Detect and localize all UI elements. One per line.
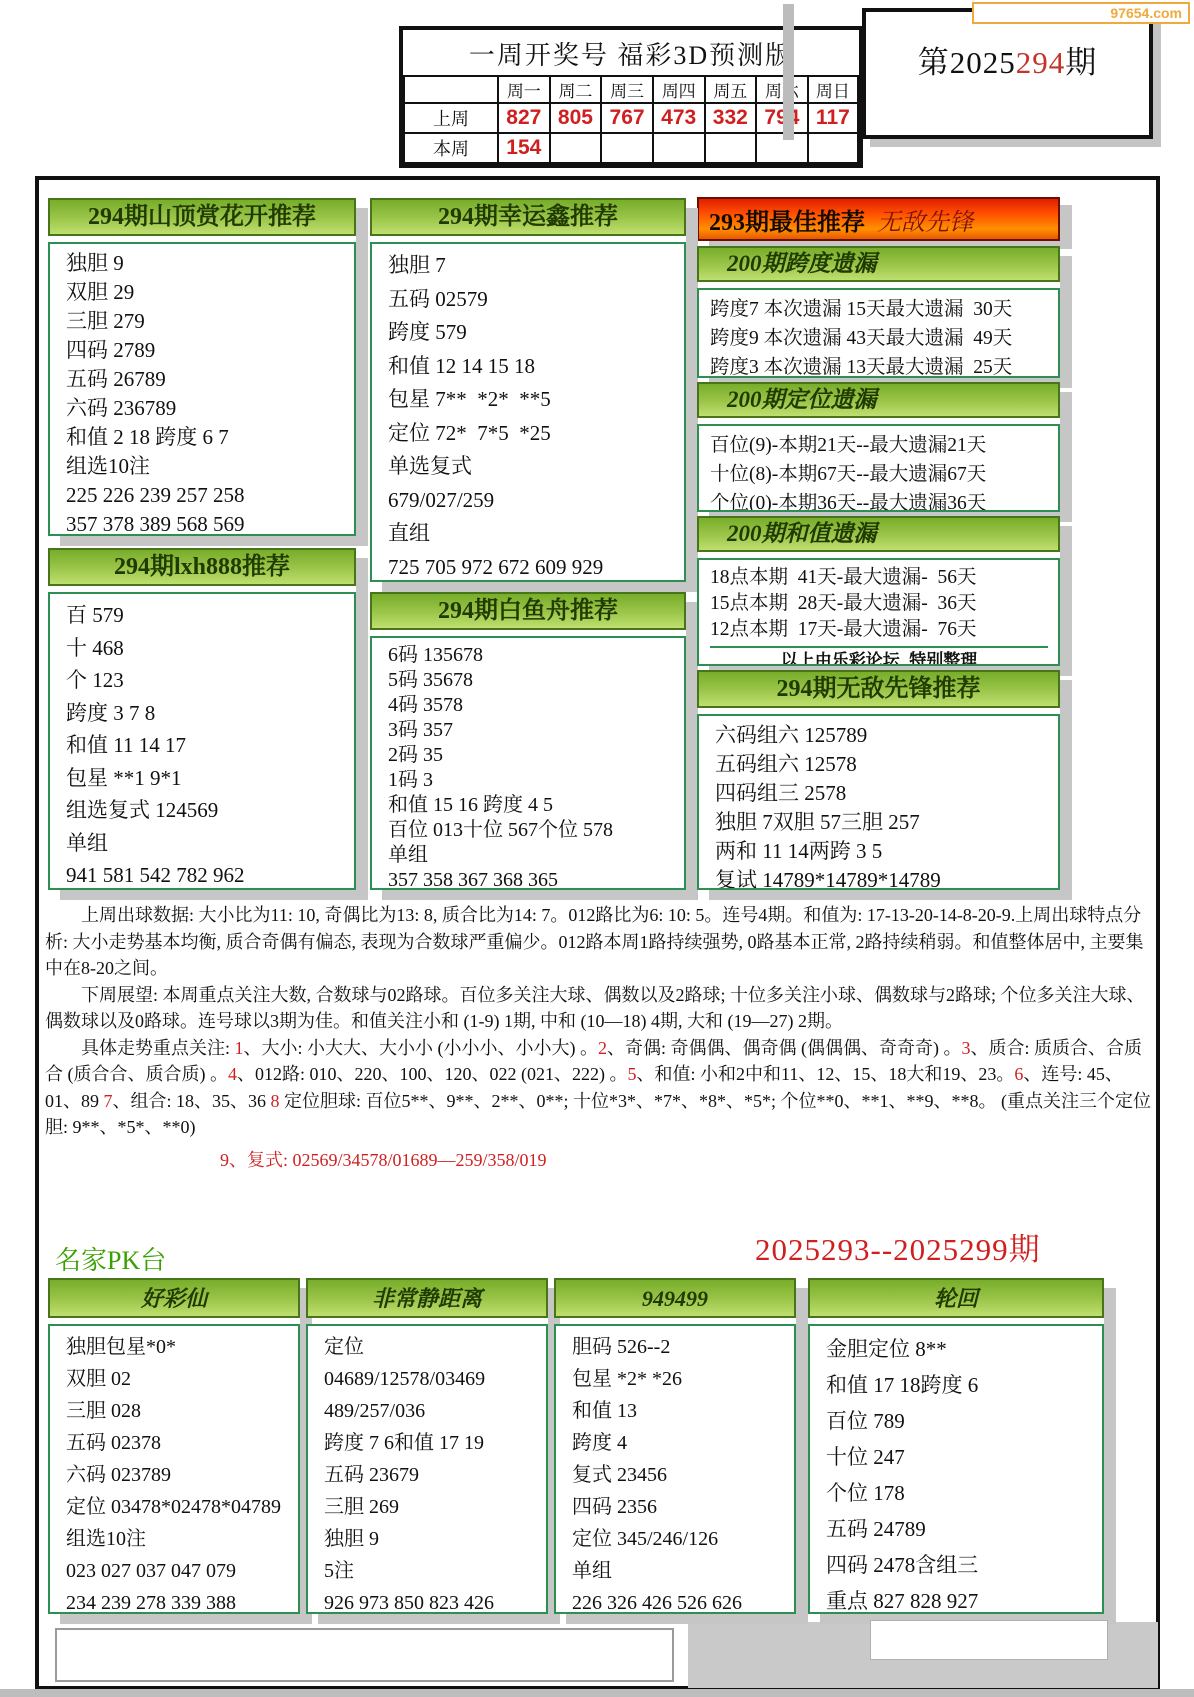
box-line: 五码组六 12578: [715, 750, 1052, 779]
box-wudi: 294期无敌先锋推荐六码组六 125789五码组六 12578四码组三 2578…: [697, 670, 1060, 890]
analysis-text: 8: [271, 1091, 280, 1111]
box-pk3-title: 949499: [554, 1278, 796, 1318]
box-line: 组选复式 124569: [66, 794, 348, 827]
page: 一周开奖号 福彩3D预测版 周一周二周三周四周五周六周日上周8278057674…: [0, 0, 1194, 1697]
box-line: 跨度 4: [572, 1427, 788, 1459]
analysis-text: 上周出球数据: 大小比为11: 10, 奇偶比为13: 8, 质合比为14: 7…: [45, 905, 1144, 978]
box-pk2: 非常静距离定位04689/12578/03469489/257/036跨度 7 …: [306, 1278, 548, 1614]
analysis-text: 、大小: 小大大、大小小 (小小小、小小大) 。: [244, 1038, 599, 1058]
analysis-text: 、012路: 010、220、100、120、022 (021、222) 。: [237, 1064, 628, 1084]
content-layer: 293期最佳推荐 无敌先锋 上周出球数据: 大小比为11: 10, 奇偶比为13…: [0, 0, 1194, 1697]
box-line: 复式 23456: [572, 1459, 788, 1491]
analysis-block: 上周出球数据: 大小比为11: 10, 奇偶比为13: 8, 质合比为14: 7…: [45, 902, 1153, 1175]
box-line: 四码 2789: [66, 336, 348, 365]
box-line: 04689/12578/03469: [324, 1363, 540, 1395]
box-line: 五码 26789: [66, 365, 348, 394]
banner-bold-text: 293期最佳推荐: [709, 202, 865, 237]
analysis-text: 9、复式: 02569/34578/01689—259/358/019: [220, 1150, 547, 1170]
analysis-text: 2: [598, 1038, 607, 1058]
box-line: 725 705 972 672 609 929: [388, 551, 678, 583]
box-xyx-title: 294期幸运鑫推荐: [370, 198, 686, 236]
box-byz: 294期白鱼舟推荐6码 1356785码 356784码 35783码 3572…: [370, 592, 686, 890]
box-footer: 以上由乐彩论坛 特别整理: [710, 646, 1048, 666]
analysis-text: 、组合: 18、35、36: [113, 1091, 271, 1111]
analysis-paragraph: 9、复式: 02569/34578/01689—259/358/019: [45, 1145, 1153, 1175]
box-line: 三胆 028: [66, 1395, 292, 1427]
box-line: 双胆 02: [66, 1363, 292, 1395]
box-line: 直组: [388, 517, 678, 551]
banner-script-text: 无敌先锋: [877, 202, 973, 237]
box-line: 和值 12 14 15 18: [388, 350, 678, 384]
box-line: 独胆 7: [388, 249, 678, 283]
box-wudi-body: 六码组六 125789五码组六 12578四码组三 2578独胆 7双胆 57三…: [697, 714, 1060, 890]
box-dw-title: 200期定位遗漏: [697, 382, 1060, 418]
box-line: 3码 357: [388, 718, 678, 743]
box-line: 226 326 426 526 626: [572, 1587, 788, 1614]
box-line: 独胆包星*0*: [66, 1331, 292, 1363]
bottom-strip: [0, 1689, 1194, 1697]
box-line: 重点 827 828 927: [826, 1583, 1096, 1614]
box-line: 2码 35: [388, 743, 678, 768]
box-pk1: 好彩仙独胆包星*0*双胆 02三胆 028五码 02378六码 023789定位…: [48, 1278, 300, 1614]
box-line: 357 378 389 568 569: [66, 510, 348, 536]
analysis-text: 6: [1014, 1064, 1023, 1084]
analysis-text: 4: [228, 1064, 237, 1084]
analysis-text: 3: [962, 1038, 971, 1058]
box-line: 胆码 526--2: [572, 1331, 788, 1363]
analysis-text: 5: [628, 1064, 637, 1084]
box-line: 五码 23679: [324, 1459, 540, 1491]
box-line: 个 123: [66, 664, 348, 697]
bottom-left-box: [55, 1628, 674, 1682]
box-line: 定位: [324, 1331, 540, 1363]
box-line: 和值 13: [572, 1395, 788, 1427]
box-line: 六码 023789: [66, 1459, 292, 1491]
box-line: 679/027/259: [388, 484, 678, 518]
box-shanding: 294期山顶赏花开推荐独胆 9双胆 29三胆 279四码 2789五码 2678…: [48, 198, 356, 536]
box-pk3-body: 胆码 526--2包星 *2* *26和值 13跨度 4复式 23456四码 2…: [554, 1324, 796, 1614]
analysis-text: 1: [235, 1038, 244, 1058]
box-line: 5注: [324, 1555, 540, 1587]
box-line: 三胆 269: [324, 1491, 540, 1523]
box-line: 489/257/036: [324, 1395, 540, 1427]
box-line: 定位 345/246/126: [572, 1523, 788, 1555]
analysis-text: 下周展望: 本周重点关注大数, 合数球与02路球。百位多关注大球、偶数以及2路球…: [45, 985, 1145, 1032]
box-line: 跨度9 本次遗漏 43天最大遗漏 49天: [710, 324, 1052, 353]
bottom-right-box: [870, 1620, 1108, 1660]
box-line: 包星 *2* *26: [572, 1363, 788, 1395]
box-line: 独胆 9: [324, 1523, 540, 1555]
box-kd-title: 200期跨度遗漏: [697, 246, 1060, 282]
box-line: 四码 2356: [572, 1491, 788, 1523]
box-line: 5码 35678: [388, 668, 678, 693]
box-pk4-body: 金胆定位 8**和值 17 18跨度 6百位 789十位 247个位 178五码…: [808, 1324, 1104, 1614]
box-line: 单选复式: [388, 450, 678, 484]
box-wudi-title: 294期无敌先锋推荐: [697, 670, 1060, 708]
box-line: 六码组六 125789: [715, 721, 1052, 750]
analysis-text: 、和值: 小和2中和11、12、15、18大和19、23。: [637, 1064, 1015, 1084]
box-line: 包星 7** *2* **5: [388, 383, 678, 417]
box-kd: 200期跨度遗漏跨度7 本次遗漏 15天最大遗漏 30天跨度9 本次遗漏 43天…: [697, 246, 1060, 378]
box-line: 四码 2478含组三: [826, 1547, 1096, 1583]
pk-label: 名家PK台: [55, 1240, 166, 1277]
box-line: 三胆 279: [66, 307, 348, 336]
box-line: 234 239 278 339 388: [66, 1587, 292, 1614]
box-pk3: 949499胆码 526--2包星 *2* *26和值 13跨度 4复式 234…: [554, 1278, 796, 1614]
box-line: 和值 17 18跨度 6: [826, 1367, 1096, 1403]
box-line: 跨度 7 6和值 17 19: [324, 1427, 540, 1459]
box-line: 双胆 29: [66, 278, 348, 307]
box-shanding-body: 独胆 9双胆 29三胆 279四码 2789五码 26789六码 236789和…: [48, 242, 356, 536]
box-line: 跨度 3 7 8: [66, 697, 348, 730]
box-line: 五码 02378: [66, 1427, 292, 1459]
box-line: 023 027 037 047 079: [66, 1555, 292, 1587]
box-line: 6码 135678: [388, 643, 678, 668]
box-line: 六码 236789: [66, 394, 348, 423]
box-line: 跨度7 本次遗漏 15天最大遗漏 30天: [710, 295, 1052, 324]
box-line: 个位 178: [826, 1475, 1096, 1511]
box-line: 百位 789: [826, 1403, 1096, 1439]
box-xyx: 294期幸运鑫推荐独胆 7五码 02579跨度 579和值 12 14 15 1…: [370, 198, 686, 582]
box-line: 定位 72* 7*5 *25: [388, 417, 678, 451]
box-pk2-body: 定位04689/12578/03469489/257/036跨度 7 6和值 1…: [306, 1324, 548, 1614]
box-line: 和值 15 16 跨度 4 5: [388, 793, 678, 818]
box-pk1-body: 独胆包星*0*双胆 02三胆 028五码 02378六码 023789定位 03…: [48, 1324, 300, 1614]
box-shanding-title: 294期山顶赏花开推荐: [48, 198, 356, 236]
box-line: 组选10注: [66, 452, 348, 481]
box-line: 18点本期 41天-最大遗漏- 56天: [710, 565, 1052, 591]
box-lxh888-title: 294期lxh888推荐: [48, 548, 356, 586]
box-line: 926 973 850 823 426: [324, 1587, 540, 1614]
box-line: 12点本期 17天-最大遗漏- 76天: [710, 617, 1052, 643]
box-line: 357 358 367 368 365: [388, 868, 678, 890]
box-line: 独胆 9: [66, 249, 348, 278]
box-line: 百 579: [66, 599, 348, 632]
box-line: 单组: [572, 1555, 788, 1587]
box-line: 复试 14789*14789*14789: [715, 866, 1052, 890]
site-badge: 97654.com: [972, 2, 1190, 24]
box-pk4-title: 轮回: [808, 1278, 1104, 1318]
period-range: 2025293--2025299期: [755, 1224, 1041, 1269]
box-line: 五码 24789: [826, 1511, 1096, 1547]
box-line: 4码 3578: [388, 693, 678, 718]
box-hz: 200期和值遗漏18点本期 41天-最大遗漏- 56天15点本期 28天-最大遗…: [697, 516, 1060, 666]
box-hz-title: 200期和值遗漏: [697, 516, 1060, 552]
box-line: 和值 11 14 17: [66, 729, 348, 762]
box-dw: 200期定位遗漏百位(9)-本期21天--最大遗漏21天十位(8)-本期67天-…: [697, 382, 1060, 512]
box-line: 225 226 239 257 258: [66, 481, 348, 510]
box-pk1-title: 好彩仙: [48, 1278, 300, 1318]
box-pk4: 轮回金胆定位 8**和值 17 18跨度 6百位 789十位 247个位 178…: [808, 1278, 1104, 1614]
box-line: 十 468: [66, 632, 348, 665]
box-line: 四码组三 2578: [715, 779, 1052, 808]
box-line: 1码 3: [388, 768, 678, 793]
best-banner: 293期最佳推荐 无敌先锋: [697, 197, 1060, 241]
analysis-text: 具体走势重点关注:: [81, 1038, 235, 1058]
box-line: 和值 2 18 跨度 6 7: [66, 423, 348, 452]
analysis-paragraph: 上周出球数据: 大小比为11: 10, 奇偶比为13: 8, 质合比为14: 7…: [45, 902, 1153, 982]
box-line: 15点本期 28天-最大遗漏- 36天: [710, 591, 1052, 617]
analysis-paragraph: 下周展望: 本周重点关注大数, 合数球与02路球。百位多关注大球、偶数以及2路球…: [45, 982, 1153, 1035]
box-hz-body: 18点本期 41天-最大遗漏- 56天15点本期 28天-最大遗漏- 36天12…: [697, 558, 1060, 666]
box-line: 独胆 7双胆 57三胆 257: [715, 808, 1052, 837]
box-dw-body: 百位(9)-本期21天--最大遗漏21天十位(8)-本期67天--最大遗漏67天…: [697, 424, 1060, 512]
box-line: 百位(9)-本期21天--最大遗漏21天: [710, 431, 1052, 460]
box-line: 包星 **1 9*1: [66, 762, 348, 795]
box-line: 百位 013十位 567个位 578: [388, 818, 678, 843]
box-line: 两和 11 14两跨 3 5: [715, 837, 1052, 866]
box-line: 十位 247: [826, 1439, 1096, 1475]
box-lxh888: 294期lxh888推荐百 579十 468个 123跨度 3 7 8和值 11…: [48, 548, 356, 890]
box-xyx-body: 独胆 7五码 02579跨度 579和值 12 14 15 18包星 7** *…: [370, 242, 686, 582]
box-pk2-title: 非常静距离: [306, 1278, 548, 1318]
analysis-text: 7: [104, 1091, 113, 1111]
box-line: 跨度 579: [388, 316, 678, 350]
box-line: 跨度3 本次遗漏 13天最大遗漏 25天: [710, 353, 1052, 378]
box-line: 单组: [66, 827, 348, 860]
box-lxh888-body: 百 579十 468个 123跨度 3 7 8和值 11 14 17包星 **1…: [48, 592, 356, 890]
box-byz-body: 6码 1356785码 356784码 35783码 3572码 351码 3和…: [370, 636, 686, 890]
box-line: 五码 02579: [388, 283, 678, 317]
box-line: 十位(8)-本期67天--最大遗漏67天: [710, 460, 1052, 489]
box-kd-body: 跨度7 本次遗漏 15天最大遗漏 30天跨度9 本次遗漏 43天最大遗漏 49天…: [697, 288, 1060, 378]
box-line: 941 581 542 782 962: [66, 859, 348, 890]
box-line: 金胆定位 8**: [826, 1331, 1096, 1367]
box-line: 单组: [388, 843, 678, 868]
box-line: 组选10注: [66, 1523, 292, 1555]
box-byz-title: 294期白鱼舟推荐: [370, 592, 686, 630]
box-line: 定位 03478*02478*04789: [66, 1491, 292, 1523]
box-line: 个位(0)-本期36天--最大遗漏36天: [710, 489, 1052, 512]
analysis-text: 、奇偶: 奇偶偶、偶奇偶 (偶偶偶、奇奇奇) 。: [607, 1038, 962, 1058]
analysis-paragraph: 具体走势重点关注: 1、大小: 小大大、大小小 (小小小、小小大) 。2、奇偶:…: [45, 1035, 1153, 1141]
